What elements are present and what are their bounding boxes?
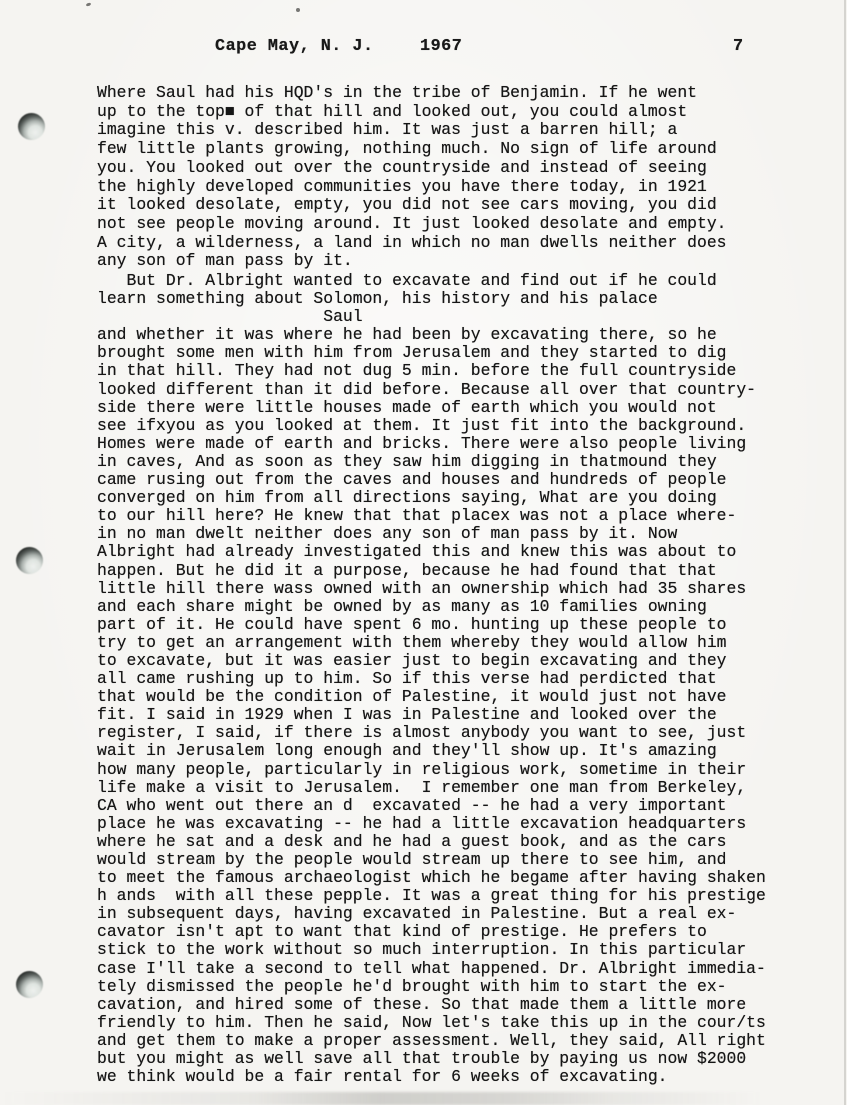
typed-paragraph-2: But Dr. Albright wanted to excavate and … <box>97 272 766 1086</box>
scan-noise-bottom-edge <box>0 1092 847 1105</box>
ink-speck <box>296 8 300 12</box>
scanned-document-page: Cape May, N. J. 1967 7 Where Saul had hi… <box>0 0 847 1105</box>
ink-speck <box>86 2 92 7</box>
typed-paragraph-1: Where Saul had his HQD's in the tribe of… <box>97 84 727 271</box>
header-year: 1967 <box>420 37 462 56</box>
hole-punch-top <box>18 113 45 140</box>
scan-edge-right <box>844 0 846 1105</box>
hole-punch-middle <box>16 547 43 574</box>
hole-punch-bottom <box>16 971 43 998</box>
header-location: Cape May, N. J. <box>215 37 374 56</box>
page-number: 7 <box>733 37 744 56</box>
